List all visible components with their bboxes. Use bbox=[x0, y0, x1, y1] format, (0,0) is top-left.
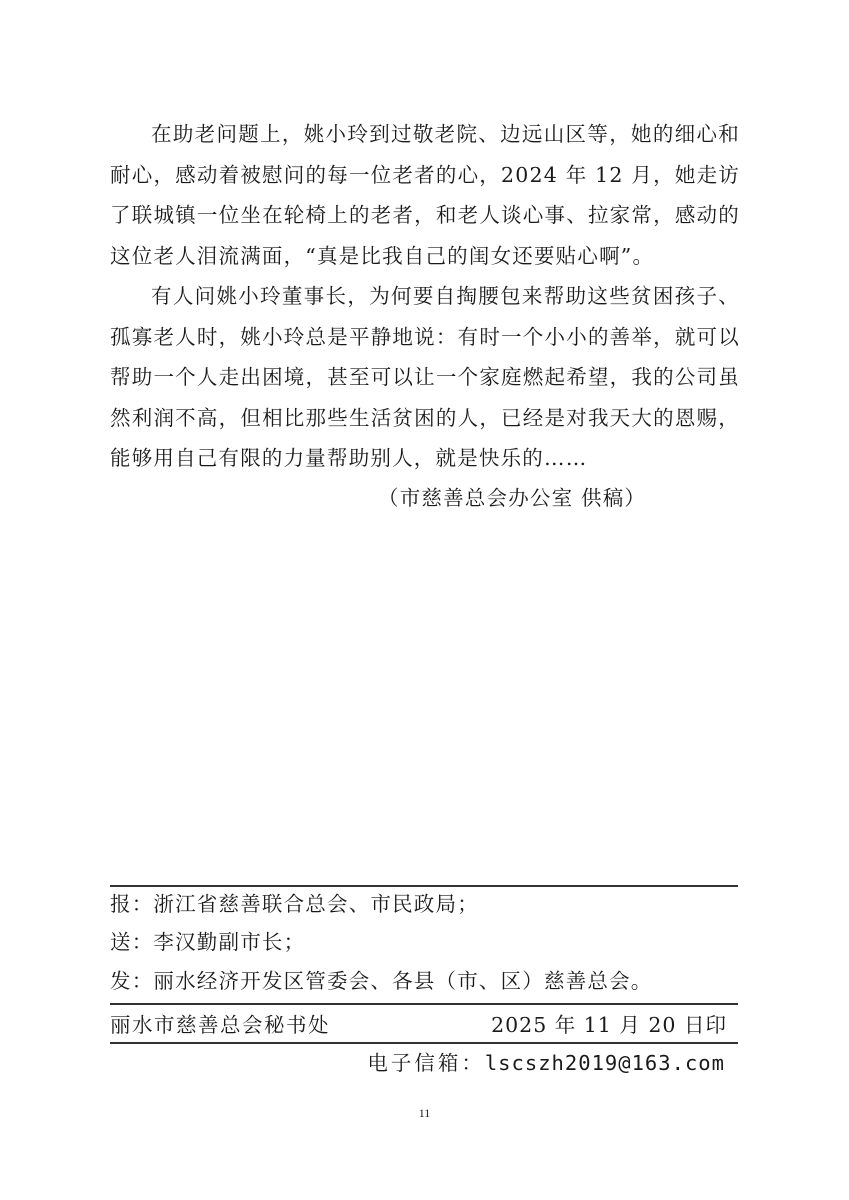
email-label: 电子信箱： bbox=[367, 1051, 485, 1075]
issue-to-line: 发：丽水经济开发区管委会、各县（市、区）慈善总会。 bbox=[110, 966, 653, 996]
distribution-top-rule bbox=[110, 885, 738, 887]
page-number: 11 bbox=[0, 1106, 849, 1121]
print-date: 2025 年 11 月 20 日印 bbox=[491, 1010, 727, 1040]
footer-top-rule bbox=[110, 1003, 738, 1005]
send-to-line: 送：李汉勤副市长； bbox=[110, 927, 305, 957]
paragraph-chairwoman-quote: 有人问姚小玲董事长，为何要自掏腰包来帮助这些贫困孩子、孤寡老人时，姚小玲总是平静… bbox=[110, 276, 740, 479]
document-page: 在助老问题上，姚小玲到过敬老院、边远山区等，她的细心和耐心，感动着被慰问的每一位… bbox=[0, 0, 849, 1200]
article-credit: （市慈善总会办公室 供稿） bbox=[378, 478, 646, 518]
report-to-line: 报：浙江省慈善联合总会、市民政局； bbox=[110, 889, 479, 919]
article-body-paragraph-1: 在助老问题上，姚小玲到过敬老院、边远山区等，她的细心和耐心，感动着被慰问的每一位… bbox=[110, 114, 740, 276]
article-body-paragraph-2: 有人问姚小玲董事长，为何要自掏腰包来帮助这些贫困孩子、孤寡老人时，姚小玲总是平静… bbox=[110, 276, 740, 479]
email-line: 电子信箱：lscszh2019@163.com bbox=[367, 1048, 725, 1078]
email-address: lscszh2019@163.com bbox=[485, 1051, 725, 1075]
paragraph-elder-care: 在助老问题上，姚小玲到过敬老院、边远山区等，她的细心和耐心，感动着被慰问的每一位… bbox=[110, 114, 740, 276]
footer-bottom-rule bbox=[110, 1042, 738, 1044]
issuer-name: 丽水市慈善总会秘书处 bbox=[110, 1010, 330, 1040]
